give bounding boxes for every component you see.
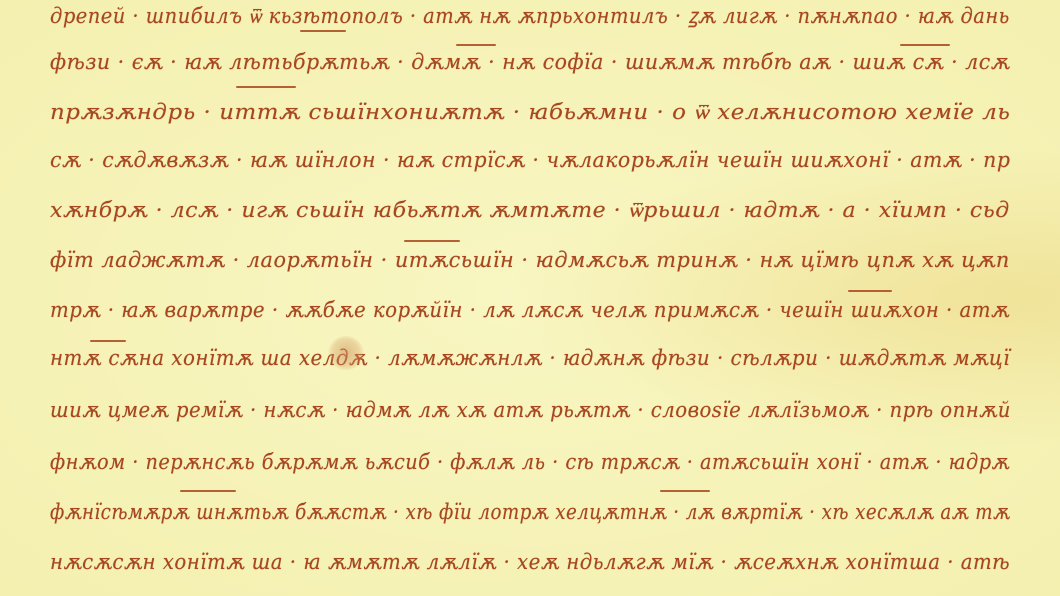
manuscript-line-8: нтѫ сѫна хонїтѫ ша хелдѫ · лѫмѫжѫнлѫ · ꙗ… <box>50 346 1010 370</box>
manuscript-line-9: шиѫ цмеѫ ремїѫ · нѫсѫ · ꙗдмѫ лѫ хѫ атѫ р… <box>50 398 1011 422</box>
manuscript-line-10: фнѫом · перѫнсѫь бѫрѫмѫ ьѫсиб · фѫлѫ ль … <box>50 450 1010 474</box>
titlo-stroke <box>848 290 892 292</box>
manuscript-line-11: фѫнїсѣмѫрѫ шнѫтьѫ бѫѫстѫ · хѣ фїи лотрѫ … <box>50 500 1010 524</box>
manuscript-page: дрепей · шпибилъ ѿ кьзѣтополъ · атѫ нѫ ѫ… <box>0 0 1060 596</box>
titlo-stroke <box>456 44 496 46</box>
manuscript-line-12: нѫсѫсѫн хонїтѫ ша · ꙗ ѫмѫтѫ лѫлїѫ · хеѫ … <box>50 550 1010 574</box>
manuscript-line-2: фѣзи · єѫ · ꙗѫ лѣтьбрѫтьѫ · дѫмѫ · нѫ со… <box>50 50 1010 74</box>
manuscript-line-1: дрепей · шпибилъ ѿ кьзѣтополъ · атѫ нѫ ѫ… <box>50 2 1010 30</box>
manuscript-line-4: сѫ · сѫдѫвѫзѫ · ꙗѫ шїнлон · ꙗѫ стрїсѫ · … <box>50 148 1010 172</box>
titlo-stroke <box>900 44 950 46</box>
manuscript-line-3: прѫзѫндрь · иттѫ сьшїнхониѫтѫ · ꙗбьѫмни … <box>50 100 1010 125</box>
ink-blot-stain <box>328 336 364 370</box>
titlo-stroke <box>90 340 126 342</box>
titlo-stroke <box>180 490 236 492</box>
titlo-stroke <box>236 86 296 88</box>
manuscript-line-6: фїт ладжѫтѫ · лаорѫтьїн · итѫсьшїн · ꙗдм… <box>50 248 1010 272</box>
manuscript-line-7: трѫ · ꙗѫ варѫтре · ѫѫбѫе корѫйїн · лѫ лѫ… <box>50 298 1010 322</box>
manuscript-line-5: хѫнбрѫ · лсѫ · игѫ сьшїн ꙗбьѫтѫ ѫмтѫте ·… <box>50 198 1010 223</box>
titlo-stroke <box>300 30 346 32</box>
titlo-stroke <box>404 240 460 242</box>
titlo-stroke <box>660 490 710 492</box>
